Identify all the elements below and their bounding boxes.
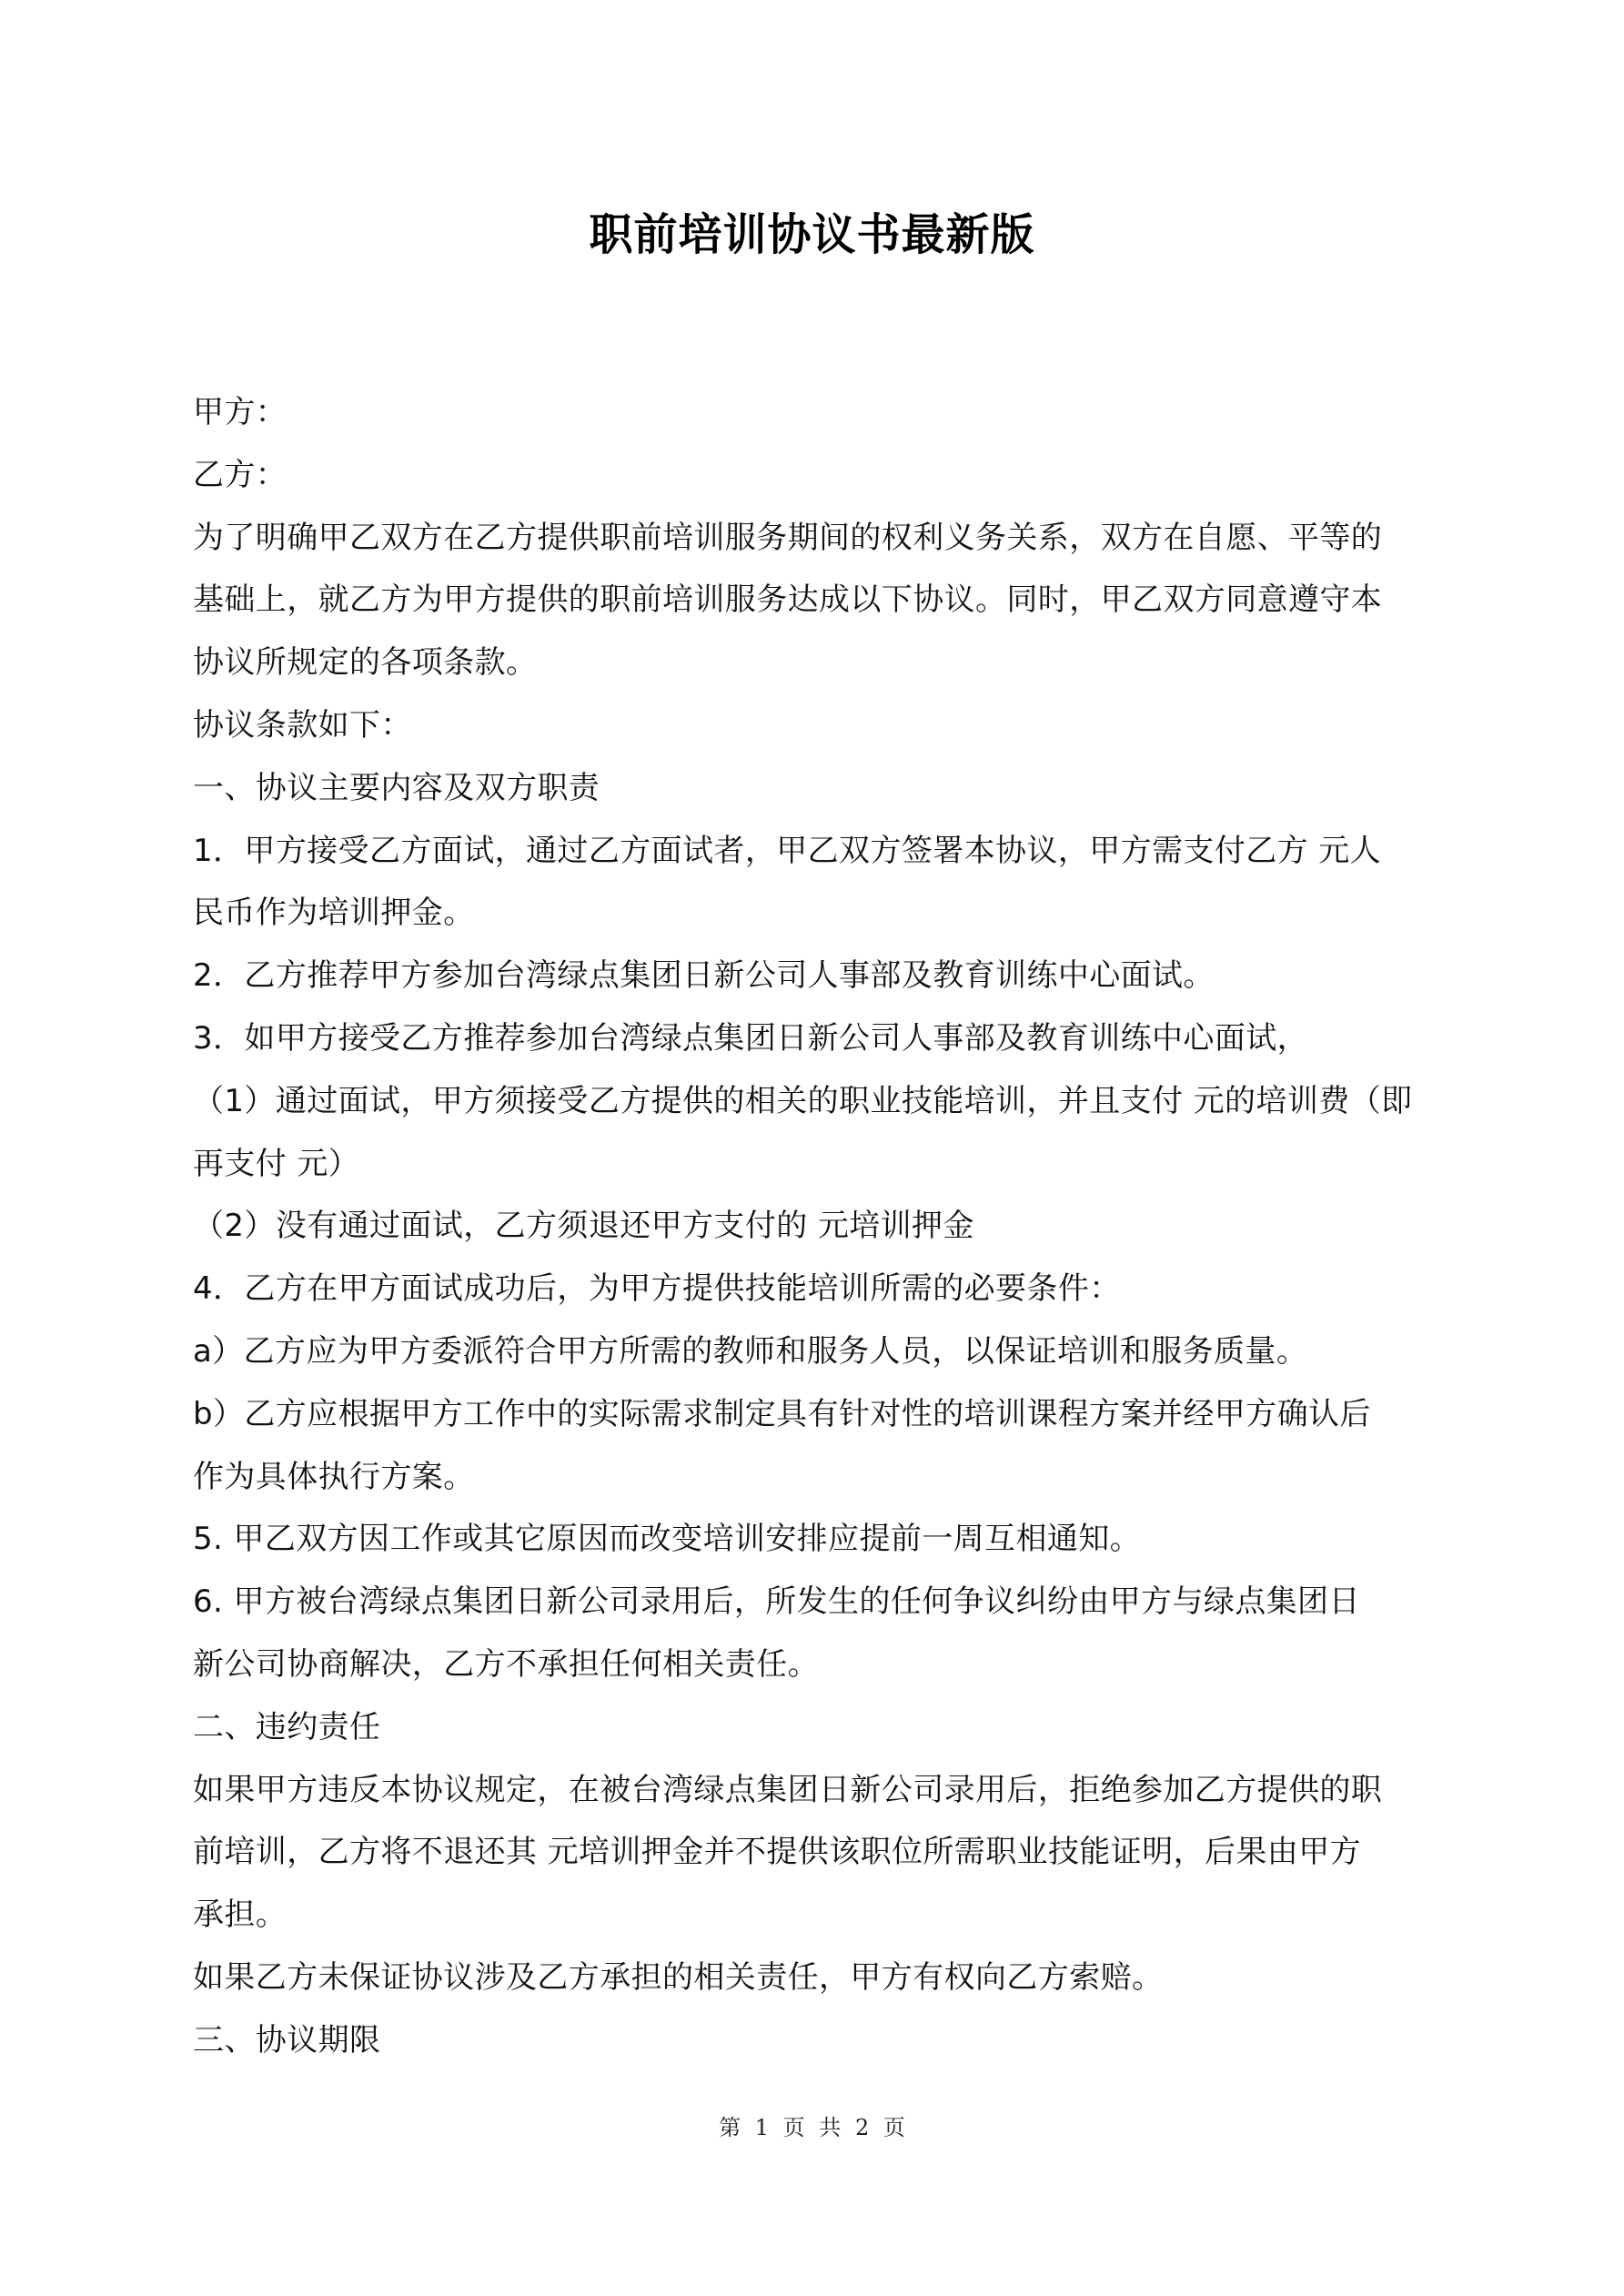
breach-paragraph-line: 承担。 — [193, 1884, 1439, 1947]
document-page: 职前培训协议书最新版 甲方： 乙方： 为了明确甲乙双方在乙方提供职前培训服务期间… — [0, 0, 1624, 2296]
section-heading-2: 二、违约责任 — [193, 1696, 1439, 1759]
party-b-label: 乙方： — [193, 444, 1439, 507]
breach-paragraph-line: 前培训，乙方将不退还其 元培训押金并不提供该职位所需职业技能证明，后果由甲方 — [193, 1821, 1439, 1884]
clause-3: 3．如甲方接受乙方推荐参加台湾绿点集团日新公司人事部及教育训练中心面试， — [193, 1007, 1439, 1070]
clause-5: 5. 甲乙双方因工作或其它原因而改变培训安排应提前一周互相通知。 — [193, 1508, 1439, 1571]
document-title: 职前培训协议书最新版 — [0, 207, 1624, 262]
breach-paragraph-line: 如果甲方违反本协议规定，在被台湾绿点集团日新公司录用后，拒绝参加乙方提供的职 — [193, 1759, 1439, 1822]
clause-2: 2．乙方推荐甲方参加台湾绿点集团日新公司人事部及教育训练中心面试。 — [193, 945, 1439, 1007]
clause-1-line: 民币作为培训押金。 — [193, 882, 1439, 945]
party-a-label: 甲方： — [193, 381, 1439, 444]
clause-3-sub-1-line: 再支付 元） — [193, 1133, 1439, 1196]
clause-3-sub-1-line: （1）通过面试，甲方须接受乙方提供的相关的职业技能培训，并且支付 元的培训费（即 — [193, 1070, 1439, 1133]
clause-3-sub-2: （2）没有通过面试，乙方须退还甲方支付的 元培训押金 — [193, 1195, 1439, 1258]
preamble-line: 协议所规定的各项条款。 — [193, 632, 1439, 694]
clause-6-line: 新公司协商解决，乙方不承担任何相关责任。 — [193, 1633, 1439, 1696]
section-heading-1: 一、协议主要内容及双方职责 — [193, 757, 1439, 820]
breach-paragraph-2: 如果乙方未保证协议涉及乙方承担的相关责任，甲方有权向乙方索赔。 — [193, 1947, 1439, 2009]
terms-intro: 协议条款如下： — [193, 694, 1439, 757]
preamble-line: 为了明确甲乙双方在乙方提供职前培训服务期间的权利义务关系，双方在自愿、平等的 — [193, 507, 1439, 570]
clause-4-item-b-line: b）乙方应根据甲方工作中的实际需求制定具有针对性的培训课程方案并经甲方确认后 — [193, 1383, 1439, 1446]
page-indicator: 第 1 页 共 2 页 — [0, 2113, 1624, 2142]
preamble-line: 基础上，就乙方为甲方提供的职前培训服务达成以下协议。同时，甲乙双方同意遵守本 — [193, 569, 1439, 632]
clause-1-line: 1．甲方接受乙方面试，通过乙方面试者，甲乙双方签署本协议，甲方需支付乙方 元人 — [193, 820, 1439, 883]
section-heading-3: 三、协议期限 — [193, 2009, 1439, 2072]
clause-4: 4．乙方在甲方面试成功后，为甲方提供技能培训所需的必要条件： — [193, 1258, 1439, 1320]
clause-6-line: 6. 甲方被台湾绿点集团日新公司录用后，所发生的任何争议纠纷由甲方与绿点集团日 — [193, 1571, 1439, 1633]
document-body: 甲方： 乙方： 为了明确甲乙双方在乙方提供职前培训服务期间的权利义务关系，双方在… — [193, 381, 1439, 2072]
clause-4-item-b-line: 作为具体执行方案。 — [193, 1446, 1439, 1509]
clause-4-item-a: a）乙方应为甲方委派符合甲方所需的教师和服务人员，以保证培训和服务质量。 — [193, 1320, 1439, 1383]
